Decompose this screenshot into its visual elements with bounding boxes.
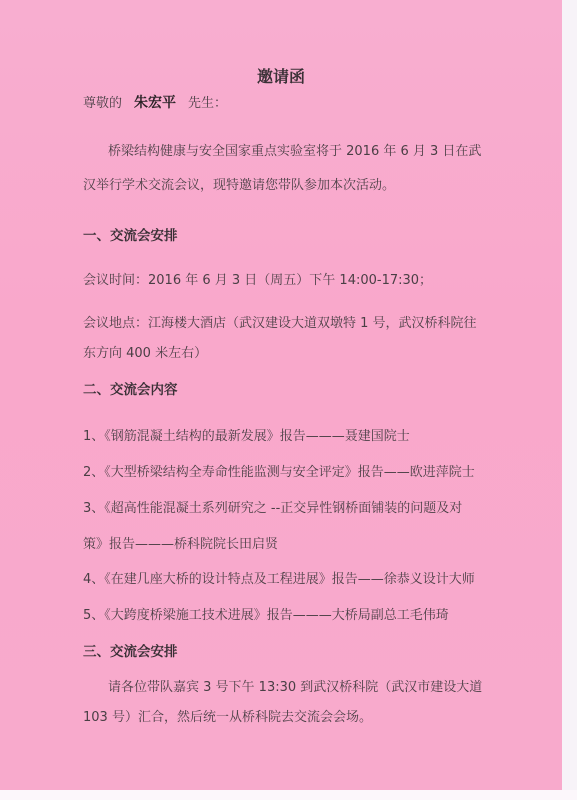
- scan-margin-bottom: [0, 790, 577, 800]
- meeting-location-line-2: 东方向 400 米左右）: [83, 346, 207, 362]
- intro-line-2: 汉举行学术交流会议，现特邀请您带队参加本次活动。: [83, 178, 395, 194]
- scan-margin-right: [562, 0, 577, 800]
- section-3-heading: 三、交流会安排: [83, 644, 178, 660]
- report-item-5: 5、《大跨度桥梁施工技术进展》报告———大桥局副总工毛伟琦: [83, 608, 449, 624]
- section-1-heading: 一、交流会安排: [83, 228, 178, 244]
- salutation: 尊敬的朱宏平先生：: [83, 95, 227, 112]
- recipient-name: 朱宏平: [134, 95, 176, 111]
- assembly-line-2: 103 号）汇合，然后统一从桥科院去交流会会场。: [83, 710, 372, 726]
- report-item-3: 3、《超高性能混凝土系列研究之 --正交异性钢桥面铺装的问题及对: [83, 501, 462, 517]
- intro-line-1: 桥梁结构健康与安全国家重点实验室将于 2016 年 6 月 3 日在武: [108, 144, 481, 160]
- section-2-heading: 二、交流会内容: [83, 382, 178, 398]
- report-item-1: 1、《钢筋混凝土结构的最新发展》报告———聂建国院士: [83, 429, 410, 445]
- meeting-time: 会议时间：2016 年 6 月 3 日（周五）下午 14:00-17:30；: [83, 273, 432, 289]
- report-item-4: 4、《在建几座大桥的设计特点及工程进展》报告——徐恭义设计大师: [83, 572, 475, 588]
- report-item-2: 2、《大型桥梁结构全寿命性能监测与安全评定》报告——欧进萍院士: [83, 465, 475, 481]
- invitation-page: 邀请函 尊敬的朱宏平先生： 桥梁结构健康与安全国家重点实验室将于 2016 年 …: [0, 0, 562, 790]
- meeting-location-line-1: 会议地点：江海楼大酒店（武汉建设大道双墩特 1 号，武汉桥科院往: [83, 316, 477, 332]
- report-item-3-continued: 策》报告———桥科院院长田启贤: [83, 537, 278, 553]
- salutation-suffix: 先生：: [188, 96, 227, 111]
- assembly-line-1: 请各位带队嘉宾 3 号下午 13:30 到武汉桥科院（武汉市建设大道: [108, 680, 482, 696]
- document-title: 邀请函: [0, 69, 562, 85]
- salutation-prefix: 尊敬的: [83, 96, 122, 111]
